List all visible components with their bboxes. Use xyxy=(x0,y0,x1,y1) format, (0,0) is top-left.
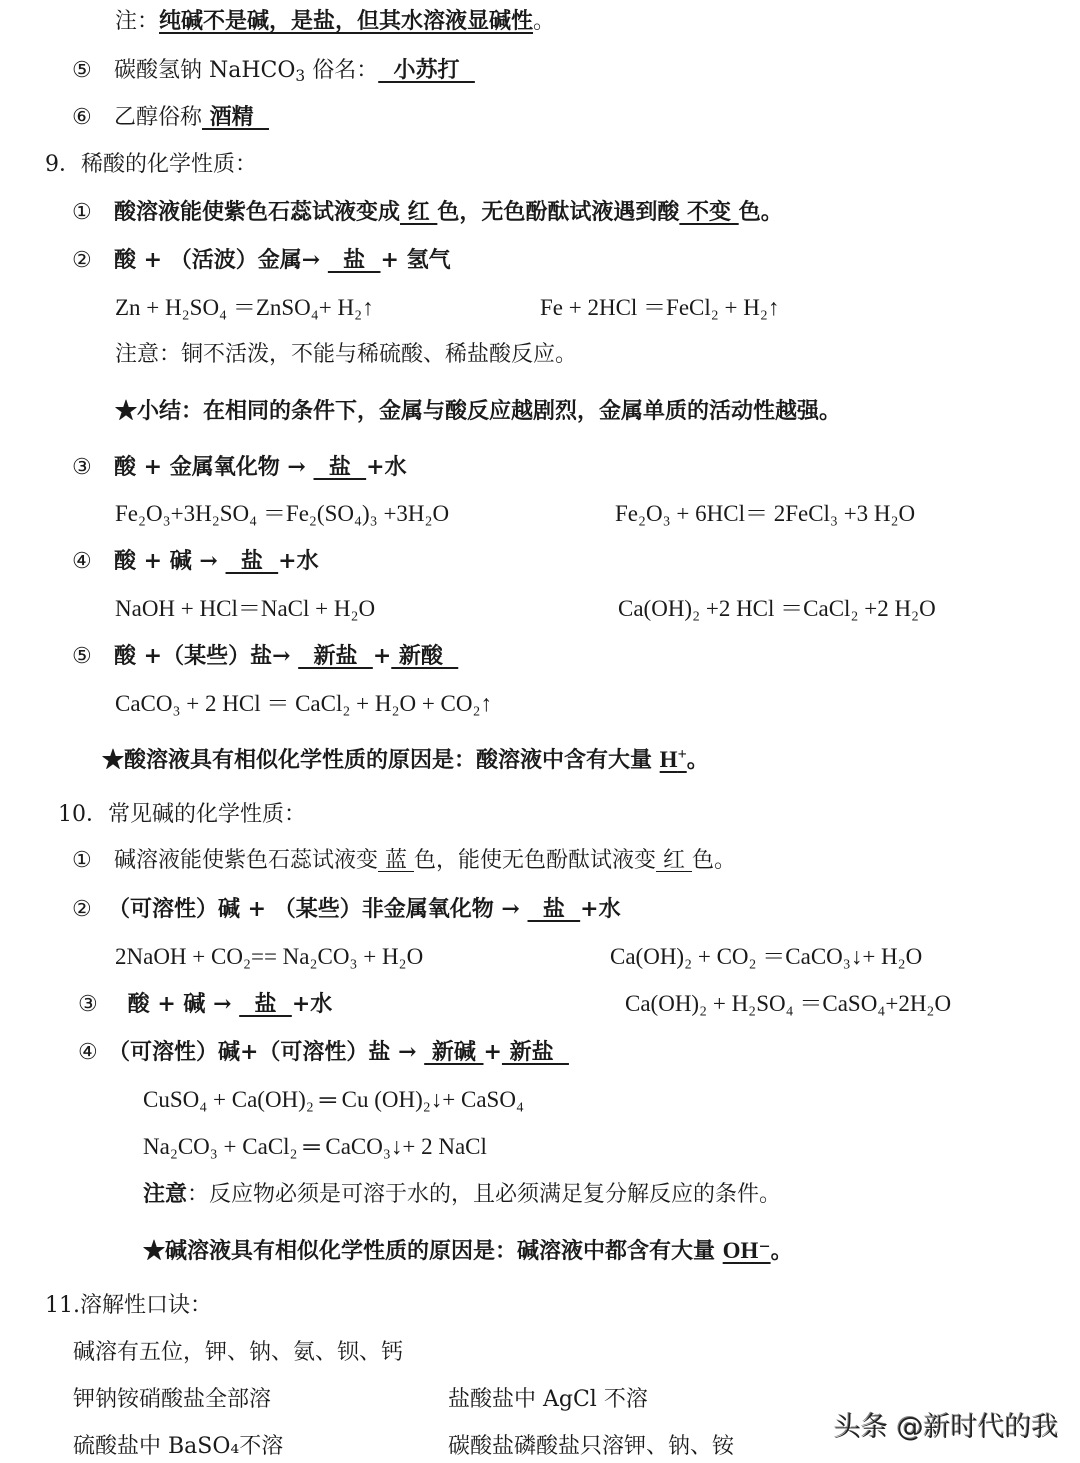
item-number: ② xyxy=(72,246,114,276)
text: 酸 + 碱 → xyxy=(120,991,239,1017)
text: 酸 +（某些）盐→ xyxy=(114,643,298,669)
equation-cuso4-caoh2: CuSO₄ + Ca(OH)₂ ═ Cu (OH)₂↓+ CaSO₄ xyxy=(143,1085,524,1115)
item-text: 碳酸氢钠 NaHCO xyxy=(114,58,295,83)
ion-h-plus: H+ xyxy=(660,747,687,772)
solubility-rule-sulfates: 硫酸盐中 BaSO₄不溶 xyxy=(73,1432,283,1462)
text: 酸溶液能使紫色石蕊试液变成 xyxy=(114,199,400,225)
acid-property-2: ②酸 + （活波）金属→ 盐 + 氢气 xyxy=(72,245,451,276)
answer-blank: 盐 xyxy=(528,896,581,922)
answer-blank: 红 xyxy=(656,848,692,873)
text: 色。 xyxy=(739,199,783,225)
base-property-4: ④（可溶性）碱+（可溶性）盐 → 新碱 + 新盐 xyxy=(78,1037,569,1068)
text: +水 xyxy=(580,896,620,922)
item-number: ① xyxy=(72,198,114,228)
note-label: 注意 xyxy=(143,1181,187,1207)
solubility-rule-chlorides: 盐酸盐中 AgCl 不溶 xyxy=(448,1385,648,1415)
acid-property-5: ⑤酸 +（某些）盐→ 新盐 + 新酸 xyxy=(72,641,458,672)
text: + 氢气 xyxy=(381,247,451,273)
item-6-ethanol: ⑥乙醇俗称 酒精 xyxy=(72,102,269,133)
text: 酸 + （活波）金属→ xyxy=(114,247,328,273)
subscript: 3 xyxy=(295,67,305,85)
solubility-rule-bases: 碱溶有五位，钾、钠、氨、钡、钙 xyxy=(73,1338,403,1368)
answer-blank: 不变 xyxy=(679,199,738,225)
note-soda-ash: 注：纯碱不是碱，是盐，但其水溶液显碱性。 xyxy=(115,6,555,37)
note-copper: 注意：铜不活泼，不能与稀硫酸、稀盐酸反应。 xyxy=(115,340,577,370)
base-property-1: ①碱溶液能使紫色石蕊试液变 蓝 色，能使无色酚酞试液变 红 色。 xyxy=(72,846,736,876)
acid-property-3: ③酸 + 金属氧化物 → 盐 +水 xyxy=(72,452,407,483)
item-number: ⑤ xyxy=(72,56,114,86)
answer-blank: 酒精 xyxy=(202,104,269,130)
equation-fe2o3-h2so4: Fe₂O₃+3H₂SO₄ ＝Fe₂(SO₄)₃ +3H₂O xyxy=(115,499,449,529)
ion-charge: + xyxy=(678,746,687,763)
item-number: ① xyxy=(72,846,114,876)
text: 碱溶液能使紫色石蕊试液变 xyxy=(114,848,378,873)
answer-blank: 红 xyxy=(400,199,437,225)
text: 。 xyxy=(771,1238,793,1264)
answer-blank: 盐 xyxy=(314,454,367,480)
watermark: 头条 @新时代的我 xyxy=(834,1405,1059,1444)
item-label: 俗名： xyxy=(305,58,378,83)
item-number: ④ xyxy=(78,1038,108,1068)
answer-blank: 新酸 xyxy=(391,643,458,669)
text: 酸 + 碱 → xyxy=(114,548,226,574)
answer-blank: 新碱 xyxy=(424,1039,483,1065)
answer-blank: 蓝 xyxy=(378,848,414,873)
text: ★酸溶液具有相似化学性质的原因是：酸溶液中含有大量 xyxy=(102,747,660,773)
equation-caoh2-hcl: Ca(OH)₂ +2 HCl ＝CaCl₂ +2 H₂O xyxy=(618,594,936,624)
text: （可溶性）碱 + （某些）非金属氧化物 → xyxy=(108,896,528,922)
answer-blank: 新盐 xyxy=(502,1039,569,1065)
solubility-rule-carbonates: 碳酸盐磷酸盐只溶钾、钠、铵 xyxy=(448,1432,734,1462)
equation-caco3-hcl: CaCO₃ + 2 HCl ＝ CaCl₂ + H₂O + CO₂↑ xyxy=(115,689,492,719)
base-property-2: ②（可溶性）碱 + （某些）非金属氧化物 → 盐 +水 xyxy=(72,894,621,925)
answer-blank: 盐 xyxy=(239,991,292,1017)
acid-reason: ★酸溶液具有相似化学性质的原因是：酸溶液中含有大量 H+。 xyxy=(102,745,709,775)
item-number: ③ xyxy=(78,990,120,1020)
text: +水 xyxy=(278,548,318,574)
note-body: ：反应物必须是可溶于水的，且必须满足复分解反应的条件。 xyxy=(187,1182,781,1207)
answer-blank: 盐 xyxy=(328,247,381,273)
note-end: 。 xyxy=(533,9,555,34)
section-9-title: 9．稀酸的化学性质： xyxy=(45,150,257,180)
note-body: 纯碱不是碱，是盐，但其水溶液显碱性 xyxy=(159,8,533,34)
solubility-rule-nitrates: 钾钠铵硝酸盐全部溶 xyxy=(73,1385,271,1415)
acid-property-4: ④酸 + 碱 → 盐 +水 xyxy=(72,546,319,577)
item-text: 乙醇俗称 xyxy=(114,105,202,130)
text: + xyxy=(484,1039,502,1065)
text: ★碱溶液具有相似化学性质的原因是：碱溶液中都含有大量 xyxy=(143,1238,723,1264)
item-5-baking-soda: ⑤碳酸氢钠 NaHCO3 俗名： 小苏打 xyxy=(72,55,475,86)
text: + xyxy=(373,643,391,669)
equation-caoh2-co2: Ca(OH)₂ + CO₂ ＝CaCO₃↓+ H₂O xyxy=(610,942,922,972)
equation-naoh-hcl: NaOH + HCl＝NaCl + H₂O xyxy=(115,594,375,624)
note-prefix: 注： xyxy=(115,9,159,34)
base-reason: ★碱溶液具有相似化学性质的原因是：碱溶液中都含有大量 OH⁻。 xyxy=(143,1236,793,1266)
equation-na2co3-cacl2: Na₂CO₃ + CaCl₂ ═ CaCO₃↓+ 2 NaCl xyxy=(143,1132,487,1162)
answer-blank: 小苏打 xyxy=(378,57,475,83)
equation-fe-hcl: Fe + 2HCl ＝FeCl₂ + H₂↑ xyxy=(540,293,779,323)
text: 色，能使无色酚酞试液变 xyxy=(414,848,656,873)
text: 。 xyxy=(687,747,709,773)
text: +水 xyxy=(366,454,406,480)
equation-zn-h2so4: Zn + H₂SO₄ ＝ZnSO₄+ H₂↑ xyxy=(115,293,374,323)
text: 色。 xyxy=(692,848,736,873)
equation-naoh-co2: 2NaOH + CO₂== Na₂CO₃ + H₂O xyxy=(115,942,423,972)
item-number: ② xyxy=(72,895,108,925)
answer-blank: 新盐 xyxy=(298,643,373,669)
answer-blank: 盐 xyxy=(226,548,279,574)
item-number: ⑤ xyxy=(72,642,114,672)
equation-caoh2-h2so4: Ca(OH)₂ + H₂SO₄ ＝CaSO₄+2H₂O xyxy=(625,989,951,1019)
acid-property-1: ①酸溶液能使紫色石蕊试液变成 红 色，无色酚酞试液遇到酸 不变 色。 xyxy=(72,197,783,228)
base-property-3: ③ 酸 + 碱 → 盐 +水 xyxy=(78,989,332,1020)
text: （可溶性）碱+（可溶性）盐 → xyxy=(108,1039,424,1065)
summary-metal-activity: ★小结：在相同的条件下，金属与酸反应越剧烈，金属单质的活动性越强。 xyxy=(115,396,841,426)
ion-oh-minus: OH⁻ xyxy=(723,1238,771,1263)
ion-symbol: H xyxy=(660,747,678,772)
item-number: ④ xyxy=(72,547,114,577)
text: 色，无色酚酞试液遇到酸 xyxy=(437,199,679,225)
text: +水 xyxy=(292,991,332,1017)
equation-fe2o3-hcl: Fe₂O₃ + 6HCl＝ 2FeCl₃ +3 H₂O xyxy=(615,499,915,529)
text: 酸 + 金属氧化物 → xyxy=(114,454,314,480)
note-reaction-conditions: 注意：反应物必须是可溶于水的，且必须满足复分解反应的条件。 xyxy=(143,1179,781,1210)
item-number: ⑥ xyxy=(72,103,114,133)
section-11-title: 11.溶解性口诀： xyxy=(45,1291,212,1321)
section-10-title: 10．常见碱的化学性质： xyxy=(58,800,306,830)
item-number: ③ xyxy=(72,453,114,483)
